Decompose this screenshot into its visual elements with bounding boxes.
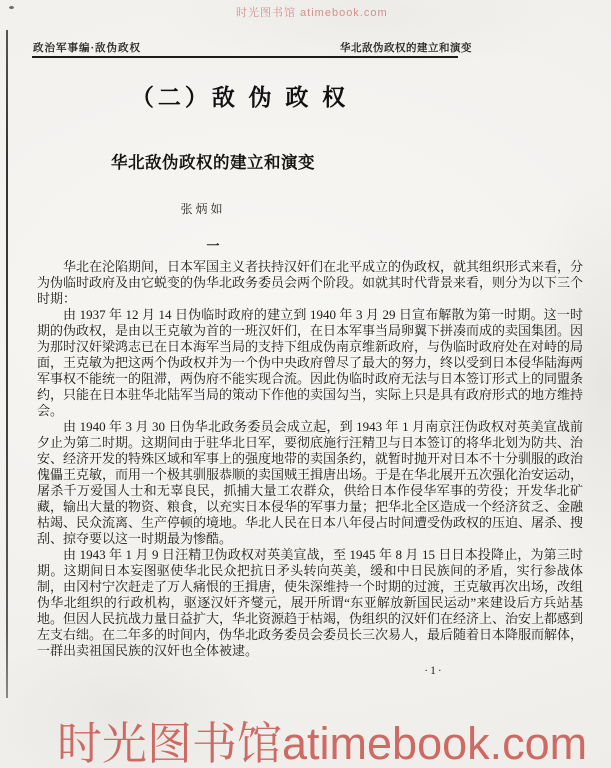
article-body: 华北在沦陷期间，日本军国主义者扶持汉奸们在北平成立的伪政权，就其组织形式来看，分…	[37, 259, 583, 659]
page-number: ·1·	[404, 665, 464, 677]
scan-speck	[9, 6, 14, 9]
running-header-right: 华北敌伪政权的建立和演变	[340, 40, 472, 55]
author-name: 张炳如	[0, 200, 406, 217]
chapter-title: （二）敌 伪 政 权	[0, 79, 480, 112]
watermark-bottom: 时光图书馆atimebook.com	[57, 707, 587, 768]
paragraph: 由 1940 年 3 月 30 日伪华北政务委员会成立起，到 1943 年 1 …	[37, 419, 583, 547]
paragraph: 华北在沦陷期间，日本军国主义者扶持汉奸们在北平成立的伪政权，就其组织形式来看，分…	[37, 259, 583, 307]
section-number: 一	[0, 235, 426, 254]
paragraph: 由 1943 年 1 月 9 日汪精卫伪政权对英美宣战，至 1945 年 8 月…	[37, 547, 583, 659]
watermark-top: 时光图书馆 atimebook.com	[236, 4, 388, 20]
scanned-book-page: 时光图书馆 atimebook.com 政治军事编·敌伪政权 华北敌伪政权的建立…	[0, 0, 611, 768]
running-header-left: 政治军事编·敌伪政权	[33, 40, 141, 55]
paragraph: 由 1937 年 12 月 14 日伪临时政府的建立到 1940 年 3 月 2…	[37, 307, 583, 419]
article-title: 华北敌伪政权的建立和演变	[0, 149, 426, 173]
header-rule	[32, 56, 458, 58]
scan-edge-line	[6, 30, 8, 698]
